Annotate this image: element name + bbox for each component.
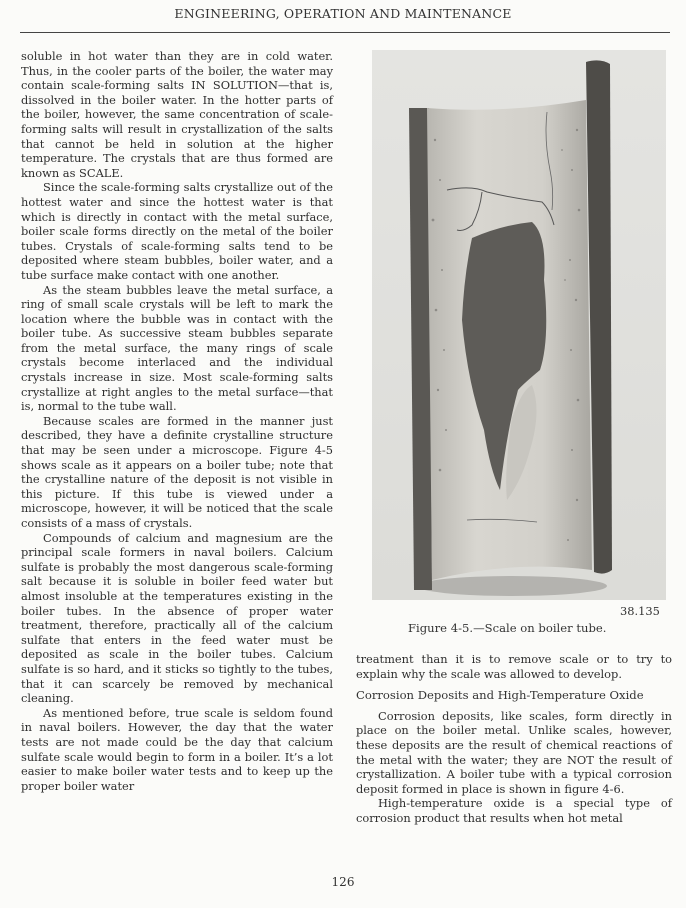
left-text-column: soluble in hot water than they are in co… [21,49,333,793]
paragraph: Corrosion deposits, like scales, form di… [356,709,672,797]
paragraph: As mentioned before, true scale is seldo… [21,706,333,794]
paragraph: High-temperature oxide is a special type… [356,796,672,825]
figure-photo-boiler-tube [372,50,666,600]
right-text-column: treatment than it is to remove scale or … [356,652,672,826]
paragraph: soluble in hot water than they are in co… [21,49,333,180]
section-heading: Corrosion Deposits and High-Temperature … [356,688,672,703]
header-rule [20,32,670,33]
running-header: ENGINEERING, OPERATION AND MAINTENANCE [0,6,686,21]
figure-caption: Figure 4-5.—Scale on boiler tube. [408,621,606,635]
figure-id-number: 38.135 [620,604,660,618]
page-number: 126 [0,875,686,889]
paragraph: Compounds of calcium and magnesium are t… [21,531,333,706]
paragraph: Because scales are formed in the manner … [21,414,333,531]
paragraph: As the steam bubbles leave the metal sur… [21,283,333,414]
paragraph: Since the scale-forming salts crystalliz… [21,180,333,282]
boiler-tube-image [372,50,666,600]
paragraph-continuation: treatment than it is to remove scale or … [356,652,672,681]
